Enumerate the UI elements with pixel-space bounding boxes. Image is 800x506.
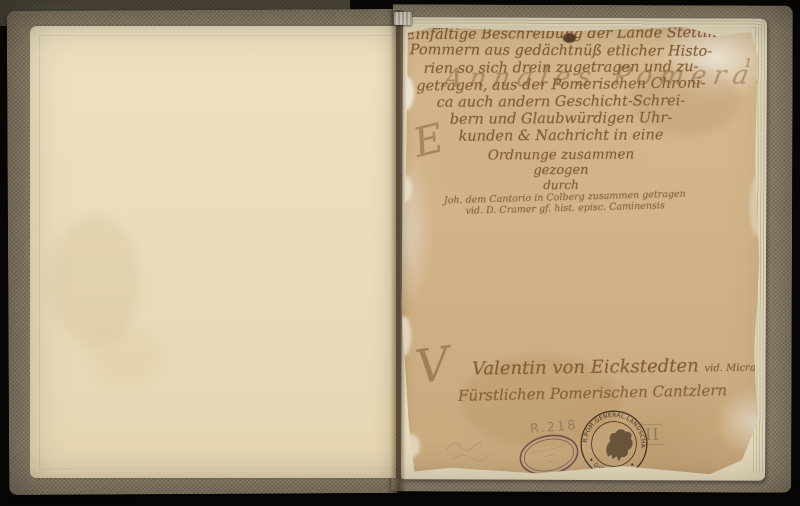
author-name: Valentin von Eickstedten	[472, 355, 699, 379]
attribution-line: Valentin von Eickstedten vid. Micraelius…	[472, 353, 800, 379]
manuscript-body: Einfältige Beschreibung der Lande Stetti…	[400, 26, 722, 192]
stain	[90, 326, 160, 386]
flourished-initial: V	[412, 336, 452, 394]
book-photo: Annales Pomeraniæ 1 E Einfältige Beschre…	[0, 0, 800, 506]
headband	[394, 12, 412, 25]
griffin-icon	[605, 428, 634, 463]
page-edge-top	[407, 17, 761, 27]
corner-foliation-mark: 1	[744, 56, 752, 70]
pencil-scribble	[442, 430, 502, 466]
manuscript-title-page: Annales Pomeraniæ 1 E Einfältige Beschre…	[400, 26, 760, 476]
blank-endpaper-left	[30, 26, 396, 478]
oval-stamp-text: ·····	[547, 458, 554, 464]
manuscript-line: Pommern aus gedächtnüß etlicher Histo-	[400, 42, 722, 61]
manuscript-line: kunden & Nachricht in eine	[400, 127, 722, 146]
